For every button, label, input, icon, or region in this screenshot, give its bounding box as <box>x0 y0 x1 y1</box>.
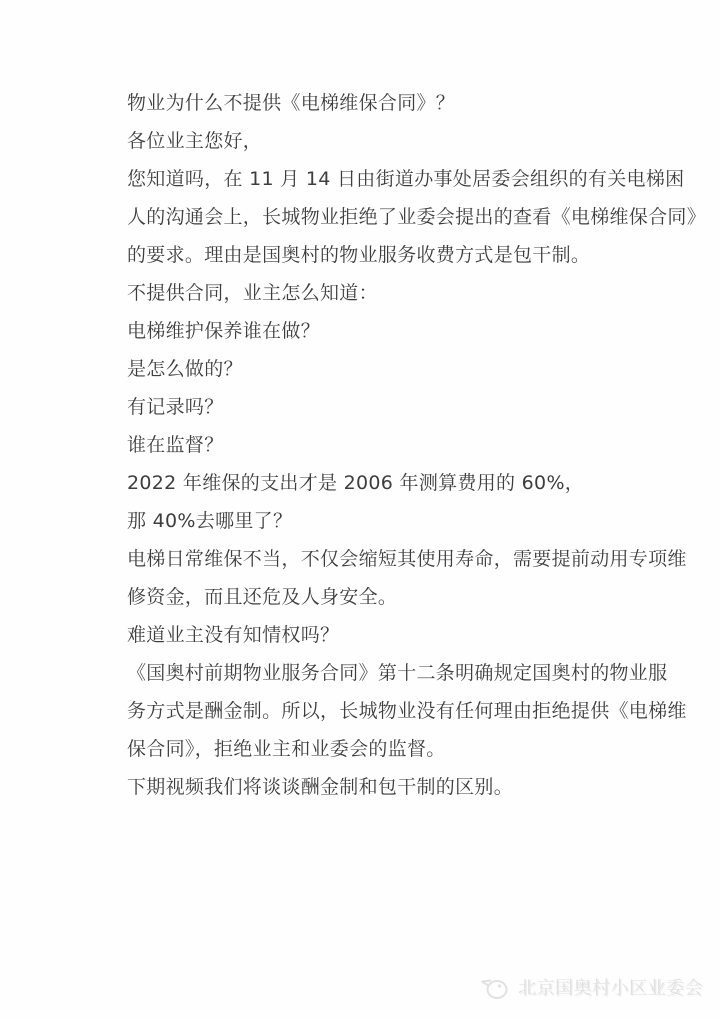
document-line: 保合同》，拒绝业主和业委会的监督。 <box>127 730 647 768</box>
document-line: 不提供合同，业主怎么知道： <box>127 274 647 312</box>
document-line: 电梯日常维保不当，不仅会缩短其使用寿命，需要提前动用专项维 <box>127 540 647 578</box>
document-line: 《国奥村前期物业服务合同》第十二条明确规定国奥村的物业服 <box>127 654 647 692</box>
document-line: 下期视频我们将谈谈酬金制和包干制的区别。 <box>127 768 647 806</box>
bird-logo-icon <box>478 970 512 1004</box>
watermark-label: 北京国奥村小区业委会 <box>518 974 703 1000</box>
document-line: 各位业主您好， <box>127 122 647 160</box>
document-line: 您知道吗，在 11 月 14 日由街道办事处居委会组织的有关电梯困 <box>127 160 647 198</box>
document-page: 物业为什么不提供《电梯维保合同》？ 各位业主您好， 您知道吗，在 11 月 14… <box>0 0 720 1018</box>
document-line: 是怎么做的？ <box>127 350 647 388</box>
document-content: 物业为什么不提供《电梯维保合同》？ 各位业主您好， 您知道吗，在 11 月 14… <box>127 84 647 806</box>
document-title-line: 物业为什么不提供《电梯维保合同》？ <box>127 84 647 122</box>
document-line: 人的沟通会上，长城物业拒绝了业委会提出的查看《电梯维保合同》 <box>127 198 647 236</box>
watermark: 北京国奥村小区业委会 <box>478 970 703 1004</box>
document-line: 2022 年维保的支出才是 2006 年测算费用的 60%， <box>127 464 647 502</box>
document-line: 难道业主没有知情权吗？ <box>127 616 647 654</box>
document-line: 有记录吗？ <box>127 388 647 426</box>
document-line: 的要求。理由是国奥村的物业服务收费方式是包干制。 <box>127 236 647 274</box>
document-line: 电梯维护保养谁在做？ <box>127 312 647 350</box>
document-line: 务方式是酬金制。所以，长城物业没有任何理由拒绝提供《电梯维 <box>127 692 647 730</box>
document-line: 修资金，而且还危及人身安全。 <box>127 578 647 616</box>
document-line: 谁在监督？ <box>127 426 647 464</box>
document-line: 那 40%去哪里了？ <box>127 502 647 540</box>
